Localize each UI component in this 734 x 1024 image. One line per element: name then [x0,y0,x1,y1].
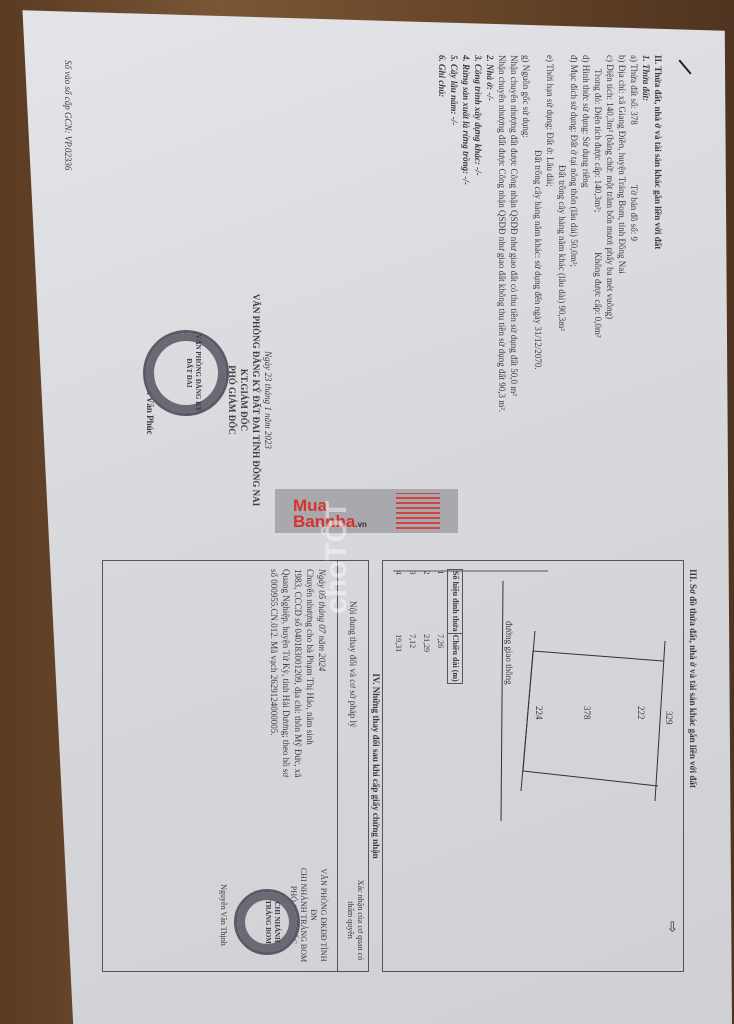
address: b) Địa chỉ: xã Giang Điền, huyện Trảng B… [616,55,628,495]
branch-stamp-icon: CHI NHÁNH TRẢNG BOM [234,889,300,955]
issuer-role1: KT.GIÁM ĐỐC [238,250,250,550]
section-parcel-diagram: III. Sơ đồ thửa đất, nhà ở và tài sản kh… [382,560,684,972]
vertex-table: Số hiệu đỉnh thửaChiều dài (m) 17,26 221… [391,569,463,684]
section3-heading: III. Sơ đồ thửa đất, nhà ở và tài sản kh… [687,569,699,788]
area-not-granted: Không được cấp: 0,0m² [593,212,603,337]
col-header: Số hiệu đỉnh thửa [448,570,463,634]
serial-number: Số vào sổ cấp GCN: VP.02336 [62,60,74,170]
entry-text: 1983, CCCD số 040183001209, địa chỉ: thô… [292,569,304,859]
neighbor-label: 222 [635,706,647,720]
term-2: Đất trồng cây hàng năm khác: sử dụng đến… [532,55,544,495]
perennial: 5. Cây lâu năm: -/- [448,55,460,495]
section2-heading: II. Thửa đất, nhà ở và tài sản khác gắn … [652,55,664,495]
origin-heading: g) Nguồn gốc sử dụng: [520,55,532,495]
col-changes: Nội dung thay đổi và cơ sở pháp lý [347,601,359,728]
length: 7,12 [405,633,419,683]
official-stamp-icon: VĂN PHÒNG ĐĂNG KÝ ĐẤT ĐAI [143,330,229,416]
vertex: 2 [419,570,433,634]
entry-text: Quang Nghiệp, huyện Tứ Kỳ, tỉnh Hải Dươn… [280,569,292,859]
section4-heading: IV. Những thay đổi sau khi cấp giấy chứn… [370,561,382,971]
issue-date: Ngày 23 tháng 1 năm 2023 [262,250,274,550]
term-1: e) Thời hạn sử dụng: Đất ở: Lâu dài; [544,55,556,495]
stamp-text: CHI NHÁNH TRẢNG BOM [263,892,281,952]
land-heading: 1. Thửa đất: [640,55,652,495]
vertex: 1 [433,570,448,634]
issuer-role2: PHÓ GIÁM ĐỐC [226,250,238,550]
purpose-1: đ) Mục đích sử dụng: Đất ở tại nông thôn… [568,55,580,495]
signer-name: Nguyễn Văn Thịnh [218,865,228,965]
road-label: đường giao thông [503,621,515,685]
vertex: 3 [405,570,419,634]
muabannha-watermark-logo: Mua Bannha.vn [275,489,458,533]
neighbor-label: 224 [533,706,545,720]
purpose-2: Đất trồng cây hàng năm khác (lâu dài) 90… [556,55,568,495]
changes-header: Nội dung thay đổi và cơ sở pháp lý Xác n… [337,561,368,971]
pen-mark [678,59,691,74]
parcel-label: 378 [581,706,593,720]
issuer-org: VĂN PHÒNG ĐĂNG KÝ ĐẤT ĐAI TỈNH ĐỒNG NAI [250,250,262,550]
area-granted: Trong đó: Diện tích được cấp: 140,3m²; [593,69,603,212]
chotot-watermark: choTỐT [320,501,354,614]
office-line: CHI NHÁNH TRẢNG BOM [298,865,308,965]
neighbor-label: 329 [663,711,675,725]
entry-text: Chuyển nhượng cho bà Phạm Thị Hảo, năm s… [304,569,316,859]
notes: 6. Ghi chú: [436,55,448,495]
map-sheet: Tờ bản đồ số: 9 [629,125,639,241]
svg-text:⇨: ⇨ [664,921,679,933]
usage-form: d) Hình thức sử dụng: Sử dụng riêng [580,55,592,495]
table-row: 37,12 [405,570,419,684]
vertex: 4 [391,570,405,634]
other-works: 3. Công trình xây dựng khác: -/- [472,55,484,495]
table-row: 17,26 [433,570,448,684]
office-line: VĂN PHÒNG ĐKĐĐ TỈNH ĐN [308,865,328,965]
parcel-number: a) Thửa đất số: 378 [629,55,639,125]
brand-tld: .vn [355,520,367,529]
table-row: 419,31 [391,570,405,684]
change-entry: Ngày 05 tháng 07 năm 2024 Chuyển nhượng … [268,569,328,859]
parcel-row: a) Thửa đất số: 378Tờ bản đồ số: 9 [628,55,640,495]
col-header: Chiều dài (m) [448,633,463,683]
length: 21,29 [419,633,433,683]
entry-text: số 000955.CN.012. Mã vạch 2629124000005. [268,569,280,859]
stamp-text: VĂN PHÒNG ĐĂNG KÝ ĐẤT ĐAI [184,333,202,413]
area-detail: Trong đó: Diện tích được cấp: 140,3m²;Kh… [592,55,604,495]
building-icon [396,493,440,529]
origin-1: Nhận chuyển nhượng đất được Công nhận QS… [508,55,520,495]
house: 2. Nhà ở: -/- [484,55,496,495]
table-row: 221,29 [419,570,433,684]
length: 7,26 [433,633,448,683]
origin-2: Nhận chuyển nhượng đất được Công nhận QS… [496,55,508,495]
section-changes: IV. Những thay đổi sau khi cấp giấy chứn… [102,560,369,972]
col-confirmation: Xác nhận của cơ quan có thẩm quyền [345,875,365,965]
section-land-info: II. Thửa đất, nhà ở và tài sản khác gắn … [436,55,664,495]
length: 19,31 [391,633,405,683]
forest: 4. Rừng sản xuất là rừng trồng: -/- [460,55,472,495]
area: c) Diện tích: 140,3m² (bằng chữ: một tră… [604,55,616,495]
